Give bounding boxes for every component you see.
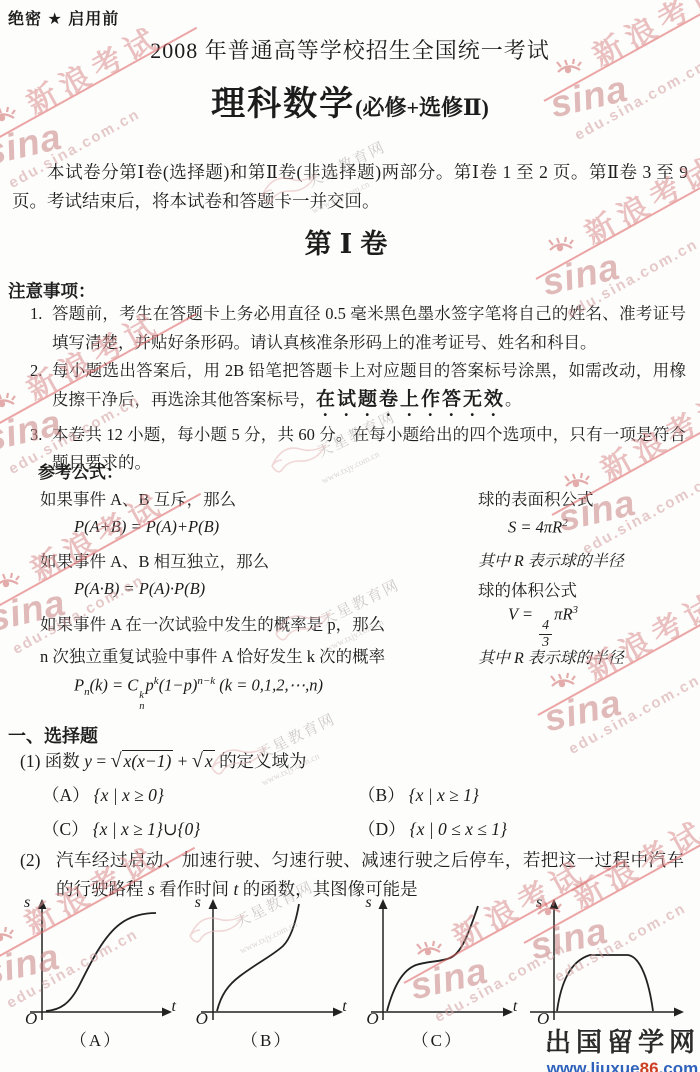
exam-paper-page: 绝密 ★ 启用前 2008 年普通高等学校招生全国统一考试 理科数学(必修+选修… <box>0 0 700 1072</box>
q1-equals: = <box>92 751 111 771</box>
radical-sign: √ <box>192 750 203 772</box>
question-1-number: (1) <box>20 751 40 771</box>
option-label: （C） <box>42 819 89 839</box>
graph-B-plot <box>187 894 347 1026</box>
bernoulli-exp: n−k <box>197 675 215 687</box>
notice-list: 1. 答题前，考生在答题卡上务必用直径 0.5 毫米黑色墨水签字笔将自己的姓名、… <box>30 300 686 478</box>
sphere-area-label: 球的表面积公式 <box>478 486 594 510</box>
notice-number: 2. <box>30 357 52 421</box>
secret-text: 绝密 <box>8 11 42 28</box>
option-text: {x | x ≥ 0} <box>94 785 164 805</box>
notice-text: 每小题选出答案后，用 2B 铅笔把答题卡上对应题目的答案标号涂黑，如需改动，用橡… <box>52 357 686 421</box>
notice-text-after: 。 <box>505 390 522 409</box>
subject-title: 理科数学 <box>211 86 355 123</box>
sphere-vol-sup: 3 <box>573 604 579 616</box>
liuxue-url-post: .com <box>659 1059 699 1072</box>
part1-heading: 第Ⅰ卷 <box>0 222 700 261</box>
formula-independent: P(A·B) = P(A)·P(B) <box>74 579 205 599</box>
axis-s-label: s <box>365 894 371 912</box>
question-2-number: (2) <box>20 846 40 875</box>
curve-fast-slow-steep <box>217 904 299 1011</box>
question-1-pre: 函数 <box>45 751 84 771</box>
option-text: {x | x ≥ 1} <box>409 785 479 805</box>
classification-label: 绝密 ★ 启用前 <box>8 6 119 29</box>
formula-label-independent: 如果事件 A、B 相互独立，那么 <box>40 548 269 572</box>
notice-item-2: 2. 每小题选出答案后，用 2B 铅笔把答题卡上对应题目的答案标号涂黑，如需改动… <box>30 357 686 421</box>
notice-text: 答题前，考生在答题卡上务必用直径 0.5 毫米黑色墨水签字笔将自己的姓名、准考证… <box>52 300 686 357</box>
notice-text: 本卷共 12 小题，每小题 5 分，共 60 分。在每小题给出的四个选项中，只有… <box>52 421 686 478</box>
radius-note-1: 其中 R 表示球的半径 <box>478 548 624 571</box>
axis-t-label: t <box>342 998 346 1016</box>
option-label: （D） <box>358 819 406 839</box>
liuxue-url-pre: www.liuxue <box>547 1059 640 1072</box>
sina-watermark-cn-text: 新浪考试 <box>577 579 700 689</box>
graph-C: s t O （C） <box>357 894 517 1052</box>
pre-use-text: 启用前 <box>68 11 119 28</box>
notice-number: 1. <box>30 300 52 357</box>
formula-bernoulli: Pn(k) = Cknpk(1−p)n−k (k = 0,1,2,⋯,n) <box>74 675 323 713</box>
curve-rise-plateau-rise <box>387 906 478 1011</box>
liuxue-site-url: www.liuxue86.com <box>545 1059 700 1072</box>
sphere-vol-lhs: V = <box>508 605 537 624</box>
subject-note: (必修+选修Ⅱ) <box>355 95 489 120</box>
graph-D-plot <box>528 894 688 1026</box>
sina-eye-icon <box>0 392 18 414</box>
axis-s-label: s <box>24 894 30 912</box>
graph-B: s t O （B） <box>187 894 347 1052</box>
bernoulli-p: p <box>146 676 154 695</box>
bernoulli-sub-n2: n <box>139 701 144 713</box>
liuxue-site-name: 出国留学网 <box>545 1022 700 1059</box>
option-text: {x | x ≥ 1}∪{0} <box>93 819 201 839</box>
section1-heading: 一、选择题 <box>8 722 98 748</box>
sina-eye-icon <box>0 926 16 948</box>
sphere-area-body: S = 4πR <box>508 518 562 537</box>
question-1-post: 的定义域为 <box>215 751 307 771</box>
formula-label-mutex: 如果事件 A、B 互斥，那么 <box>40 486 236 510</box>
option-D: （D）{x | 0 ≤ x ≤ 1} <box>358 816 662 841</box>
sphere-volume-label: 球的体积公式 <box>478 577 577 601</box>
axis-t-label: t <box>513 998 517 1016</box>
sphere-area-sup: 2 <box>562 517 568 529</box>
sina-logo-text: sina <box>540 682 625 740</box>
question-1: (1) 函数 y = √x(x−1) + √x 的定义域为 <box>20 748 307 773</box>
q1-plus: + <box>173 751 192 771</box>
radius-note-2: 其中 R 表示球的半径 <box>478 645 624 668</box>
bernoulli-P: P <box>74 676 84 695</box>
option-C: （C）{x | x ≥ 1}∪{0} <box>42 816 358 841</box>
formula-label-bernoulli: n 次独立重复试验中事件 A 恰好发生 k 次的概率 <box>40 643 385 667</box>
sphere-volume-formula: V = 43πR3 <box>508 604 578 651</box>
curve-sigmoid <box>46 913 156 1011</box>
fraction-numerator: 4 <box>539 618 552 635</box>
liuxue-url-num: 86 <box>640 1059 659 1072</box>
sphere-vol-rhs: πR <box>554 605 572 624</box>
graph-C-plot <box>357 894 517 1026</box>
radical-sign: √ <box>111 750 122 772</box>
axis-s-label: s <box>195 894 201 912</box>
graph-A-label: （A） <box>16 1026 176 1051</box>
q1-var-y: y <box>84 751 92 771</box>
bernoulli-tail: (k = 0,1,2,⋯,n) <box>215 676 323 695</box>
formulas-heading: 参考公式： <box>38 458 123 483</box>
sphere-area-formula: S = 4πR2 <box>508 517 568 538</box>
formula-mutex: P(A+B) = P(A)+P(B) <box>74 517 219 537</box>
option-label: （B） <box>358 785 405 805</box>
sina-eye-icon <box>548 672 578 694</box>
notice-item-1: 1. 答题前，考生在答题卡上务必用直径 0.5 毫米黑色墨水签字笔将自己的姓名、… <box>30 300 686 357</box>
curve-bump <box>557 955 653 1011</box>
question-1-options: （A）{x | x ≥ 0} （B）{x | x ≥ 1} （C）{x | x … <box>42 782 662 841</box>
axis-s-label: s <box>536 894 542 912</box>
option-text: {x | 0 ≤ x ≤ 1} <box>410 819 507 839</box>
formula-label-single-trial: 如果事件 A 在一次试验中发生的概率是 p，那么 <box>40 611 385 635</box>
sina-eye-icon <box>0 572 22 594</box>
bernoulli-sup-k: k <box>139 690 144 702</box>
axis-t-label: t <box>172 998 176 1016</box>
option-A: （A）{x | x ≥ 0} <box>42 782 358 807</box>
notice-emphasis: 在试题卷上作答无效 <box>316 389 505 410</box>
notice-item-3: 3. 本卷共 12 小题，每小题 5 分，共 60 分。在每小题给出的四个选项中… <box>30 421 686 478</box>
graph-B-label: （B） <box>187 1026 347 1051</box>
q1-radicand-2: x <box>203 750 215 771</box>
option-label: （A） <box>42 785 90 805</box>
bernoulli-choose: kn <box>139 690 144 713</box>
q1-radicand-1: x(x−1) <box>122 750 174 771</box>
star-icon: ★ <box>47 11 62 28</box>
sina-watermark-url: edu.sina.com.cn <box>580 472 700 558</box>
bernoulli-paren: (1−p) <box>159 676 198 695</box>
option-B: （B）{x | x ≥ 1} <box>358 782 662 807</box>
intro-paragraph: 本试卷分第Ⅰ卷(选择题)和第Ⅱ卷(非选择题)两部分。第Ⅰ卷 1 至 2 页。第Ⅱ… <box>12 158 688 216</box>
graph-A: s t O （A） <box>16 894 176 1052</box>
liuxue-watermark: 出国留学网 www.liuxue86.com <box>545 1022 700 1072</box>
subject-title-row: 理科数学(必修+选修Ⅱ) <box>0 76 700 125</box>
graph-C-label: （C） <box>357 1026 517 1051</box>
exam-title: 2008 年普通高等学校招生全国统一考试 <box>0 34 700 65</box>
sina-watermark-url: edu.sina.com.cn <box>566 672 700 758</box>
graph-A-plot <box>16 894 176 1026</box>
bernoulli-mid: (k) = C <box>90 676 139 695</box>
